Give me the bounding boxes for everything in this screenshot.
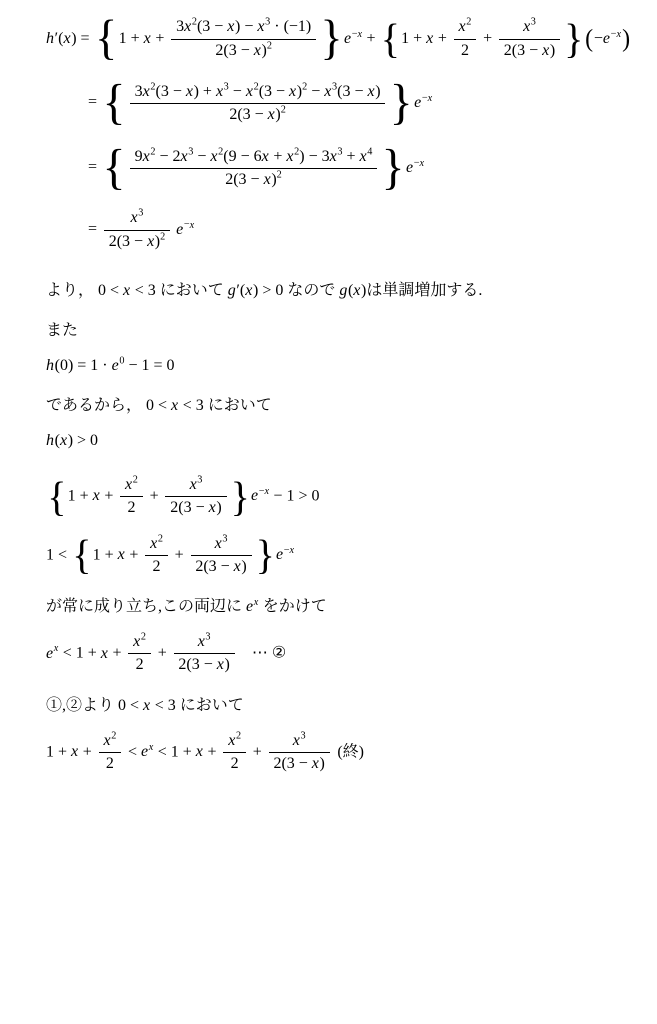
denominator: 2 — [128, 653, 150, 674]
math-text: − — [229, 83, 246, 100]
stretchy-delimiter: } — [381, 143, 404, 193]
fraction: 3x2(3 − x) − x3 · (−1)2(3 − x)2 — [171, 18, 316, 60]
math-text: 3 — [138, 208, 143, 219]
superscript: −x — [259, 486, 270, 497]
math-text: 1 + — [68, 487, 93, 504]
superscript: 3 — [531, 17, 536, 28]
math-text: 2(3 − — [225, 171, 263, 188]
math-text: 1 < — [46, 546, 71, 563]
fraction: x22 — [99, 732, 121, 774]
math-text: (3 − — [155, 83, 185, 100]
formula-upper-bound-circled-2: ex < 1 + x + x22 + x32(3 − x)⋯ ② — [46, 633, 649, 675]
math-text: − 1 = 0 — [125, 357, 175, 374]
math-text: ) = — [71, 30, 93, 47]
superscript: 2 — [141, 632, 146, 643]
stretchy-delimiter: { — [47, 476, 66, 518]
math-text: + — [100, 487, 117, 504]
numerator: x2 — [99, 732, 121, 752]
math-text: ) > 0 なので — [253, 282, 339, 299]
math-text: − 1 > 0 — [269, 487, 319, 504]
math-text: 2 — [461, 42, 469, 59]
denominator: 2 — [223, 752, 245, 773]
math-text: 1 + — [401, 30, 426, 47]
numerator: x2 — [223, 732, 245, 752]
math-text: 2 — [160, 231, 165, 242]
math-text: 2(3 − — [229, 106, 267, 123]
denominator: 2 — [99, 752, 121, 773]
numerator: x2 — [128, 633, 150, 653]
math-variable: e — [276, 546, 284, 563]
math-text: < 1 + — [59, 645, 101, 662]
math-variable: e — [406, 159, 414, 176]
math-text: 2 — [136, 656, 144, 673]
math-variable: e — [176, 221, 184, 238]
superscript: 2 — [277, 169, 282, 180]
numerator: x3 — [174, 633, 235, 653]
formula-one-less-than: 1 < {1 + x + x22 + x32(3 − x)}e−x — [46, 535, 649, 577]
stretchy-delimiter: } — [256, 535, 275, 577]
math-text: (3 − — [337, 83, 367, 100]
math-text: 1 + — [119, 30, 144, 47]
stretchy-delimiter: ( — [585, 27, 593, 52]
math-variable: h — [46, 30, 55, 47]
formula-h-positive: h(x) > 0 — [46, 432, 649, 450]
math-text: 2 — [127, 499, 135, 516]
math-text: + — [79, 743, 96, 760]
text-monotone-increase: より， 0 < x < 3 において g′(x) > 0 なので g(x)は単調… — [46, 277, 649, 300]
superscript: 4 — [367, 146, 372, 157]
math-text: 9 — [135, 148, 143, 165]
math-text: (3 − — [197, 18, 227, 35]
superscript: 2 — [133, 475, 138, 486]
math-variable: x — [186, 83, 194, 100]
math-text: = — [88, 94, 101, 111]
math-text: ) − 3 — [299, 148, 329, 165]
superscript: −x — [184, 220, 195, 231]
math-text: < 3 において — [179, 397, 272, 414]
denominator: 2(3 − x)2 — [130, 103, 386, 124]
superscript: 2 — [466, 17, 471, 28]
text-multiply-both-sides: が常に成り立ち,この両辺に ex をかけて — [46, 593, 649, 616]
math-text: + — [154, 645, 171, 662]
numerator: x3 — [499, 18, 560, 38]
math-text: 2 — [466, 17, 471, 28]
math-text: + — [249, 743, 266, 760]
stretchy-delimiter: } — [390, 78, 413, 128]
math-text: 2 — [141, 632, 146, 643]
text-dearukara: であるから， 0 < x < 3 において — [46, 392, 649, 415]
math-document-page: h′(x) = {1 + x + 3x2(3 − x) − x3 · (−1)2… — [0, 0, 657, 1024]
denominator: 2(3 − x) — [174, 653, 235, 674]
math-text: 3 — [531, 17, 536, 28]
math-text: 3 — [300, 730, 305, 741]
superscript: −x — [611, 29, 622, 40]
math-variable: x — [523, 18, 531, 35]
math-variable: e — [141, 743, 149, 760]
math-text: (9 − 6 — [223, 148, 261, 165]
math-text: − — [184, 220, 190, 231]
math-variable: x — [71, 743, 79, 760]
math-text: + — [171, 546, 188, 563]
math-variable: x — [147, 233, 155, 250]
fraction: x32(3 − x) — [191, 535, 252, 577]
numerator: x3 — [269, 732, 330, 752]
superscript: 3 — [300, 730, 305, 741]
math-text: ) — [375, 83, 380, 100]
superscript: 2 — [158, 533, 163, 544]
fraction: x22 — [145, 535, 167, 577]
math-variable: e — [603, 30, 611, 47]
formula-final-sandwich: 1 + x + x22 < ex < 1 + x + x22 + x32(3 −… — [46, 732, 649, 774]
denominator: 2 — [454, 39, 476, 60]
math-text: 2 — [277, 169, 282, 180]
stretchy-delimiter: { — [95, 15, 117, 63]
math-variable: e — [344, 30, 352, 47]
math-text: = — [88, 159, 101, 176]
fraction: 9x2 − 2x3 − x2(9 − 6x + x2) − 3x3 + x42(… — [130, 148, 377, 190]
math-text: であるから， 0 < — [46, 397, 171, 414]
solution-content: h′(x) = {1 + x + 3x2(3 − x) − x3 · (−1)2… — [46, 16, 649, 773]
math-variable: x — [133, 633, 141, 650]
math-text: 3 — [135, 83, 143, 100]
numerator: 9x2 − 2x3 − x2(9 − 6x + x2) − 3x3 + x4 — [130, 148, 377, 168]
math-text: · (−1) — [270, 18, 311, 35]
superscript: −x — [352, 29, 363, 40]
superscript: 2 — [160, 231, 165, 242]
math-text: 2(3 − — [170, 499, 208, 516]
math-text: (終) — [337, 743, 364, 760]
fraction: x32(3 − x) — [174, 633, 235, 675]
math-text: + — [479, 30, 496, 47]
math-text: 2(3 − — [109, 233, 147, 250]
math-variable: x — [289, 83, 297, 100]
fraction: x22 — [128, 633, 150, 675]
stretchy-delimiter: } — [564, 18, 583, 60]
math-text: 2(3 − — [178, 656, 216, 673]
math-text: 2 — [267, 40, 272, 51]
denominator: 2(3 − x)2 — [171, 39, 316, 60]
fraction: x32(3 − x) — [499, 18, 560, 60]
math-text: ) + — [194, 83, 216, 100]
superscript: −x — [414, 158, 425, 169]
math-variable: x — [228, 732, 236, 749]
math-text: ) — [241, 558, 246, 575]
math-text: 2 — [231, 755, 239, 772]
math-text: 2(3 − — [195, 558, 233, 575]
math-variable: x — [286, 148, 294, 165]
math-variable: x — [171, 397, 179, 414]
math-text: − — [307, 83, 324, 100]
fraction: x22 — [223, 732, 245, 774]
math-text: )は単調増加する. — [361, 282, 482, 299]
text-from-1-and-2: ①,②より 0 < x < 3 において — [46, 692, 649, 715]
math-text: + — [342, 148, 359, 165]
math-text: − — [422, 93, 428, 104]
superscript: 3 — [197, 475, 202, 486]
superscript: 2 — [281, 104, 286, 115]
superscript: 2 — [267, 40, 272, 51]
math-variable: x — [210, 148, 218, 165]
text-mata: また — [46, 317, 649, 340]
math-text: + — [362, 30, 379, 47]
superscript: 3 — [205, 632, 210, 643]
fraction: x32(3 − x) — [165, 476, 226, 518]
math-text: ①,②より 0 < — [46, 697, 143, 714]
math-variable: x — [125, 476, 133, 493]
superscript: −x — [284, 545, 295, 556]
math-variable: x — [184, 18, 192, 35]
math-variable: x — [312, 755, 320, 772]
math-text: 4 — [367, 146, 372, 157]
denominator: 2(3 − x) — [165, 496, 226, 517]
math-variable: h — [46, 357, 55, 374]
stretchy-delimiter: { — [102, 78, 125, 128]
math-variable: x — [616, 29, 621, 40]
superscript: −x — [422, 93, 433, 104]
math-variable: x — [227, 18, 235, 35]
math-variable: x — [216, 83, 224, 100]
math-text: が常に成り立ち,この両辺に — [46, 598, 246, 615]
fraction: 3x2(3 − x) + x3 − x2(3 − x)2 − x3(3 − x)… — [130, 83, 386, 125]
formula-combined-fraction: = {3x2(3 − x) + x3 − x2(3 − x)2 − x3(3 −… — [46, 79, 649, 127]
math-text: < 3 において — [131, 282, 228, 299]
math-text: 1 + — [93, 546, 118, 563]
math-variable: g — [339, 282, 348, 299]
numerator: x3 — [104, 209, 170, 229]
math-text: = — [88, 221, 101, 238]
math-variable: x — [150, 535, 158, 552]
math-text: 2(3 − — [273, 755, 311, 772]
math-text: 2 — [133, 475, 138, 486]
formula-inequality-minus-one: {1 + x + x22 + x32(3 − x)}e−x − 1 > 0 — [46, 476, 649, 518]
math-text: 3 — [176, 18, 184, 35]
numerator: x2 — [454, 18, 476, 38]
math-text: 3 — [222, 533, 227, 544]
formula-h-zero: h(0) = 1 · e0 − 1 = 0 — [46, 357, 649, 375]
superscript: 2 — [236, 730, 241, 741]
denominator: 2(3 − x) — [499, 39, 560, 60]
superscript: 3 — [138, 208, 143, 219]
math-variable: e — [414, 94, 422, 111]
math-text: 2 — [153, 558, 161, 575]
math-variable: x — [246, 83, 254, 100]
superscript: 3 — [222, 533, 227, 544]
denominator: 2 — [145, 555, 167, 576]
math-variable: x — [196, 743, 204, 760]
math-text: をかけて — [259, 598, 327, 615]
math-text: (0) = 1 · — [55, 357, 112, 374]
fraction: x32(3 − x)2 — [104, 209, 170, 251]
math-text: 3 — [205, 632, 210, 643]
superscript: 2 — [111, 730, 116, 741]
math-text: − 2 — [155, 148, 180, 165]
math-variable: x — [428, 93, 433, 104]
math-text: + — [434, 30, 451, 47]
math-variable: x — [290, 545, 295, 556]
numerator: 3x2(3 − x) + x3 − x2(3 − x)2 − x3(3 − x) — [130, 83, 386, 103]
math-text: − — [193, 148, 210, 165]
stretchy-delimiter: { — [381, 18, 400, 60]
math-variable: x — [143, 697, 151, 714]
math-text: 2 — [236, 730, 241, 741]
math-text: + — [146, 487, 163, 504]
math-text: ′( — [236, 282, 245, 299]
stretchy-delimiter: ) — [622, 27, 630, 52]
math-variable: x — [426, 30, 434, 47]
denominator: 2(3 − x) — [269, 752, 330, 773]
numerator: x2 — [145, 535, 167, 555]
math-text: + — [204, 743, 221, 760]
denominator: 2(3 − x) — [191, 555, 252, 576]
math-variable: e — [46, 645, 54, 662]
numerator: 3x2(3 − x) − x3 · (−1) — [171, 18, 316, 38]
formula-h-prime-result: = x32(3 − x)2e−x — [46, 209, 649, 251]
math-variable: x — [190, 220, 195, 231]
math-text: ) — [225, 656, 230, 673]
math-text: < 3 において — [151, 697, 244, 714]
math-variable: e — [251, 487, 259, 504]
math-text: 3 — [197, 475, 202, 486]
stretchy-delimiter: { — [72, 535, 91, 577]
fraction: x22 — [120, 476, 142, 518]
math-variable: x — [542, 42, 550, 59]
math-text: − — [352, 29, 358, 40]
stretchy-delimiter: } — [231, 476, 250, 518]
math-variable: e — [246, 598, 254, 615]
fraction: x22 — [454, 18, 476, 60]
formula-expanded-numerator: = {9x2 − 2x3 − x2(9 − 6x + x2) − 3x3 + x… — [46, 144, 649, 192]
math-variable: x — [123, 282, 131, 299]
math-text: 2 — [281, 104, 286, 115]
math-text: + — [125, 546, 142, 563]
math-text: < 1 + — [154, 743, 196, 760]
math-text: ⋯ ② — [252, 645, 286, 662]
math-text: + — [269, 148, 286, 165]
numerator: x3 — [191, 535, 252, 555]
numerator: x3 — [165, 476, 226, 496]
math-text: − — [284, 545, 290, 556]
stretchy-delimiter: } — [320, 15, 342, 63]
denominator: 2(3 − x)2 — [104, 230, 170, 251]
math-text: − — [594, 30, 603, 47]
math-text: また — [46, 322, 78, 339]
math-variable: x — [245, 282, 253, 299]
denominator: 2 — [120, 496, 142, 517]
stretchy-delimiter: { — [102, 143, 125, 193]
math-variable: x — [217, 656, 225, 673]
math-text: + — [108, 645, 125, 662]
math-text: 2(3 − — [215, 42, 253, 59]
math-text: + — [151, 30, 168, 47]
math-variable: x — [419, 158, 424, 169]
math-variable: x — [257, 18, 265, 35]
math-text: (3 − — [259, 83, 289, 100]
math-variable: x — [353, 282, 361, 299]
fraction: x32(3 − x) — [269, 732, 330, 774]
math-variable: x — [60, 432, 68, 449]
math-text: ) — [216, 499, 221, 516]
math-text: 2 — [106, 755, 114, 772]
math-text: より， 0 < — [46, 282, 123, 299]
math-text: 1 + — [46, 743, 71, 760]
denominator: 2(3 − x)2 — [130, 168, 377, 189]
math-variable: h — [46, 432, 55, 449]
math-text: ) — [550, 42, 555, 59]
math-text: < — [124, 743, 141, 760]
math-text: 2 — [158, 533, 163, 544]
math-text: 2 — [111, 730, 116, 741]
math-text: ) — [320, 755, 325, 772]
math-text: ) − — [235, 18, 257, 35]
math-variable: x — [324, 83, 332, 100]
formula-h-prime-expansion: h′(x) = {1 + x + 3x2(3 − x) − x3 · (−1)2… — [46, 16, 649, 62]
math-text: 2(3 − — [504, 42, 542, 59]
numerator: x2 — [120, 476, 142, 496]
math-text: ) > 0 — [68, 432, 98, 449]
